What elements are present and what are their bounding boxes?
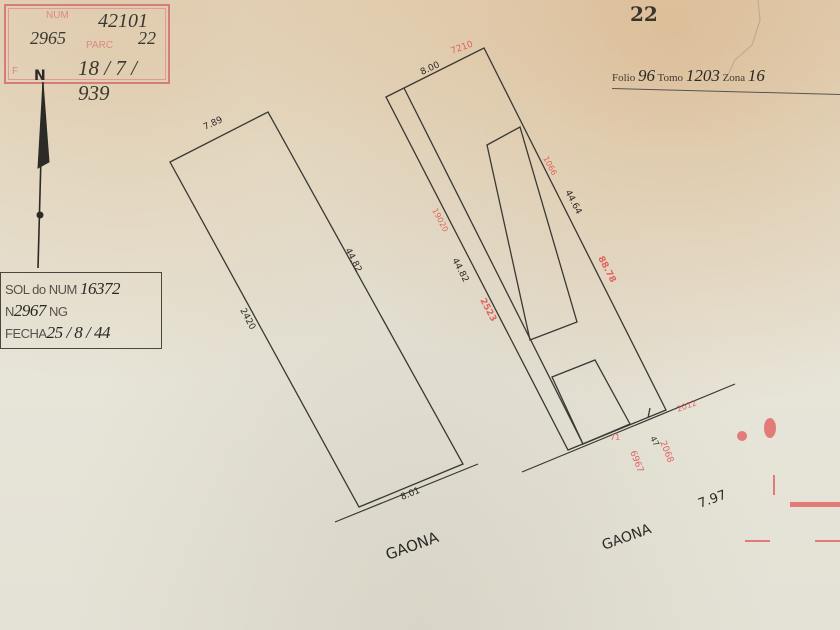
street-name-left: GAONA (383, 528, 441, 564)
red-ink-smudges (737, 418, 840, 542)
street-name-right: GAONA (600, 521, 654, 554)
street-width-right: 7.97 (696, 488, 728, 512)
red-left-lower: 2523 (477, 297, 498, 324)
red-front-right: 2012 (676, 398, 698, 413)
red-right-lower: 88.78 (595, 255, 617, 285)
lot-left-outline (170, 112, 463, 507)
measure-right-side-right: 44.64 (562, 189, 583, 217)
north-arrow (37, 82, 49, 268)
north-label: N (34, 68, 46, 84)
measure-left-side-left: 2420 (237, 307, 257, 332)
measure-left-top: 7.89 (202, 115, 225, 133)
measure-left-side-right: 44.82 (342, 247, 363, 274)
red-front-vertical-1: 2068 (657, 439, 675, 464)
survey-plan-drawing: N 7.89 8.01 2420 44.82 8.00 44.82 44.64 … (0, 0, 840, 630)
street-line-right (522, 384, 735, 472)
paper-crease (728, 0, 760, 75)
lot-right-outline (386, 48, 666, 450)
red-front-small: 71 (610, 433, 620, 442)
measure-right-side-left: 44.82 (449, 257, 470, 284)
red-left-upper: 19020 (430, 207, 450, 234)
red-front-vertical-2: 6967 (627, 449, 645, 474)
